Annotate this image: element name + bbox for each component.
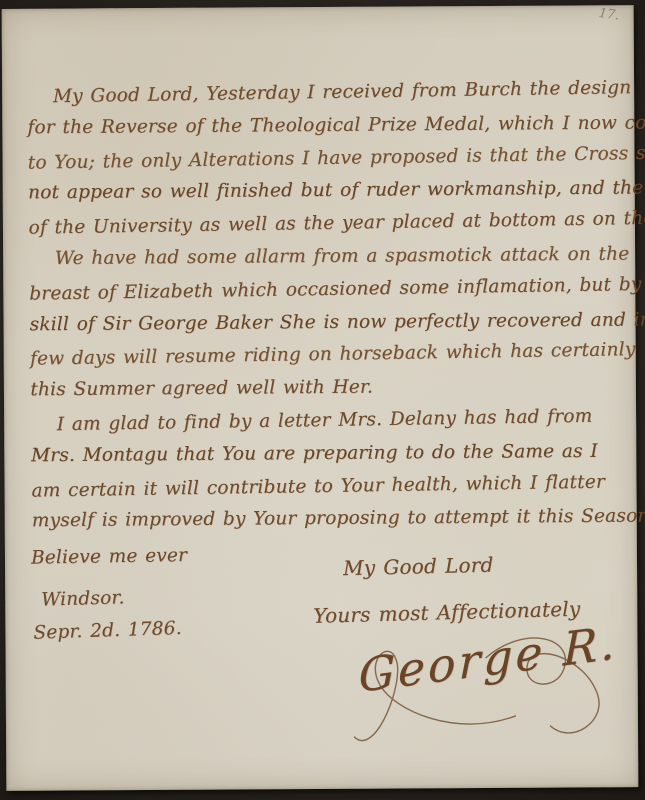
letter-body: My Good Lord, Yesterday I received from … [27, 74, 622, 540]
corner-annotation: 17. [598, 6, 621, 24]
believe-me-ever-line: Believe me ever [31, 545, 187, 569]
place-line-windsor: Windsor. [41, 587, 125, 610]
date-line: Sepr. 2d. 1786. [33, 618, 182, 644]
valediction-affectionately: Yours most Affectionately [313, 597, 581, 628]
signature-george-r: George R. [358, 615, 618, 703]
photograph-background: 17. My Good Lord, Yesterday I received f… [0, 0, 645, 800]
valediction-my-good-lord: My Good Lord [343, 553, 494, 581]
letter-paper: 17. My Good Lord, Yesterday I received f… [2, 5, 639, 791]
handwritten-line: myself is improved by Your proposing to … [32, 501, 622, 538]
